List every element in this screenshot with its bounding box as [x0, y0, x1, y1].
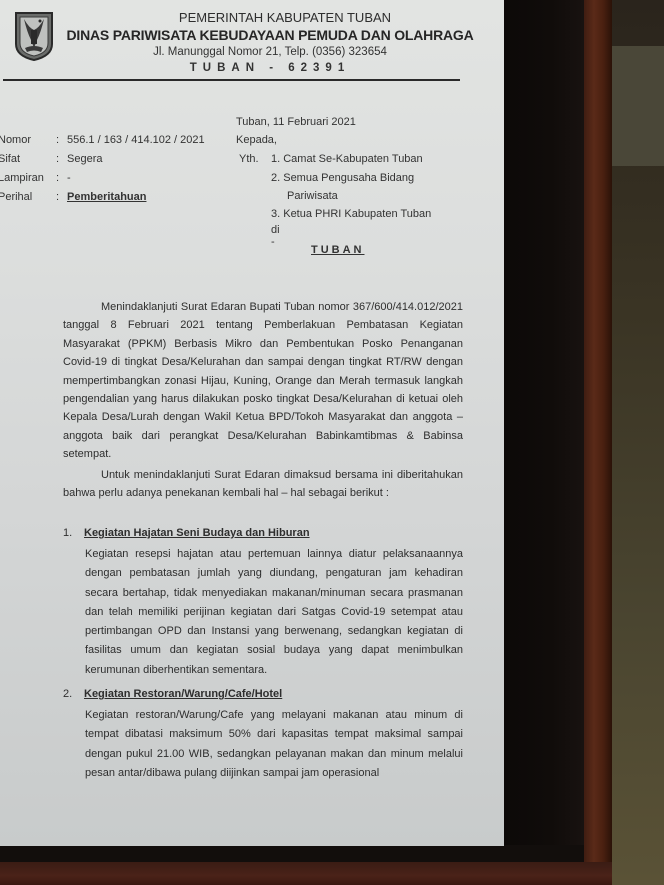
- wall-patch: [608, 46, 664, 166]
- meta-label: Sifat: [0, 150, 58, 169]
- di-label: di -: [271, 224, 280, 248]
- meta-separator: :: [56, 131, 59, 150]
- kepada-label: Kepada,: [236, 134, 277, 146]
- meta-separator: :: [56, 169, 59, 188]
- section-text: Kegiatan restoran/Warung/Cafe yang melay…: [85, 706, 463, 783]
- regency-crest-icon: [13, 10, 55, 62]
- letterhead-agency: DINAS PARIWISATA KEBUDAYAAN PEMUDA DAN O…: [60, 26, 480, 44]
- recipient-item: 1. Camat Se-Kabupaten Tuban: [271, 150, 423, 168]
- meta-value-subject: Pemberitahuan: [67, 188, 146, 207]
- meta-separator: :: [56, 188, 59, 207]
- section-body: Kegiatan restoran/Warung/Cafe yang melay…: [85, 706, 463, 783]
- body-paragraph: Untuk menindaklanjuti Surat Edaran dimak…: [63, 466, 463, 503]
- meta-separator: :: [56, 150, 59, 169]
- meta-label: Nomor: [0, 131, 58, 150]
- section-title: Kegiatan Hajatan Seni Budaya dan Hiburan: [84, 527, 310, 539]
- section-title: Kegiatan Restoran/Warung/Cafe/Hotel: [84, 688, 282, 700]
- section-body: Kegiatan resepsi hajatan atau pertemuan …: [85, 545, 463, 680]
- recipient-item: 2. Semua Pengusaha Bidang: [271, 169, 414, 187]
- meta-label: Perihal: [0, 188, 58, 207]
- letterhead-government: PEMERINTAH KABUPATEN TUBAN: [90, 10, 480, 26]
- yth-label: Yth.: [239, 153, 259, 165]
- section-text: Kegiatan resepsi hajatan atau pertemuan …: [85, 545, 463, 680]
- letterhead-divider: [3, 79, 460, 81]
- letterhead-address: Jl. Manunggal Nomor 21, Telp. (0356) 323…: [60, 44, 480, 60]
- wooden-frame-edge: [582, 0, 612, 885]
- recipient-item: 3. Ketua PHRI Kabupaten Tuban: [271, 205, 431, 223]
- meta-value: 556.1 / 163 / 414.102 / 2021: [67, 131, 205, 150]
- body-paragraph: Menindaklanjuti Surat Edaran Bupati Tuba…: [63, 298, 463, 464]
- letterhead-city: TUBAN - 62391: [60, 60, 480, 76]
- meta-value: -: [67, 169, 71, 188]
- letter-date: Tuban, 11 Februari 2021: [236, 116, 356, 128]
- section-number: 1.: [63, 527, 72, 539]
- section-number: 2.: [63, 688, 72, 700]
- meta-label: Lampiran: [0, 169, 58, 188]
- dark-frame-border: [502, 0, 584, 885]
- bottom-wooden-edge: [0, 862, 612, 885]
- letter-body: Menindaklanjuti Surat Edaran Bupati Tuba…: [63, 298, 463, 502]
- letter-page: PEMERINTAH KABUPATEN TUBAN DINAS PARIWIS…: [0, 0, 504, 846]
- letterhead: PEMERINTAH KABUPATEN TUBAN DINAS PARIWIS…: [60, 10, 480, 76]
- background-wall: [608, 0, 664, 885]
- meta-value: Segera: [67, 150, 102, 169]
- recipient-item-continuation: Pariwisata: [287, 187, 338, 205]
- destination-city: TUBAN: [311, 244, 365, 256]
